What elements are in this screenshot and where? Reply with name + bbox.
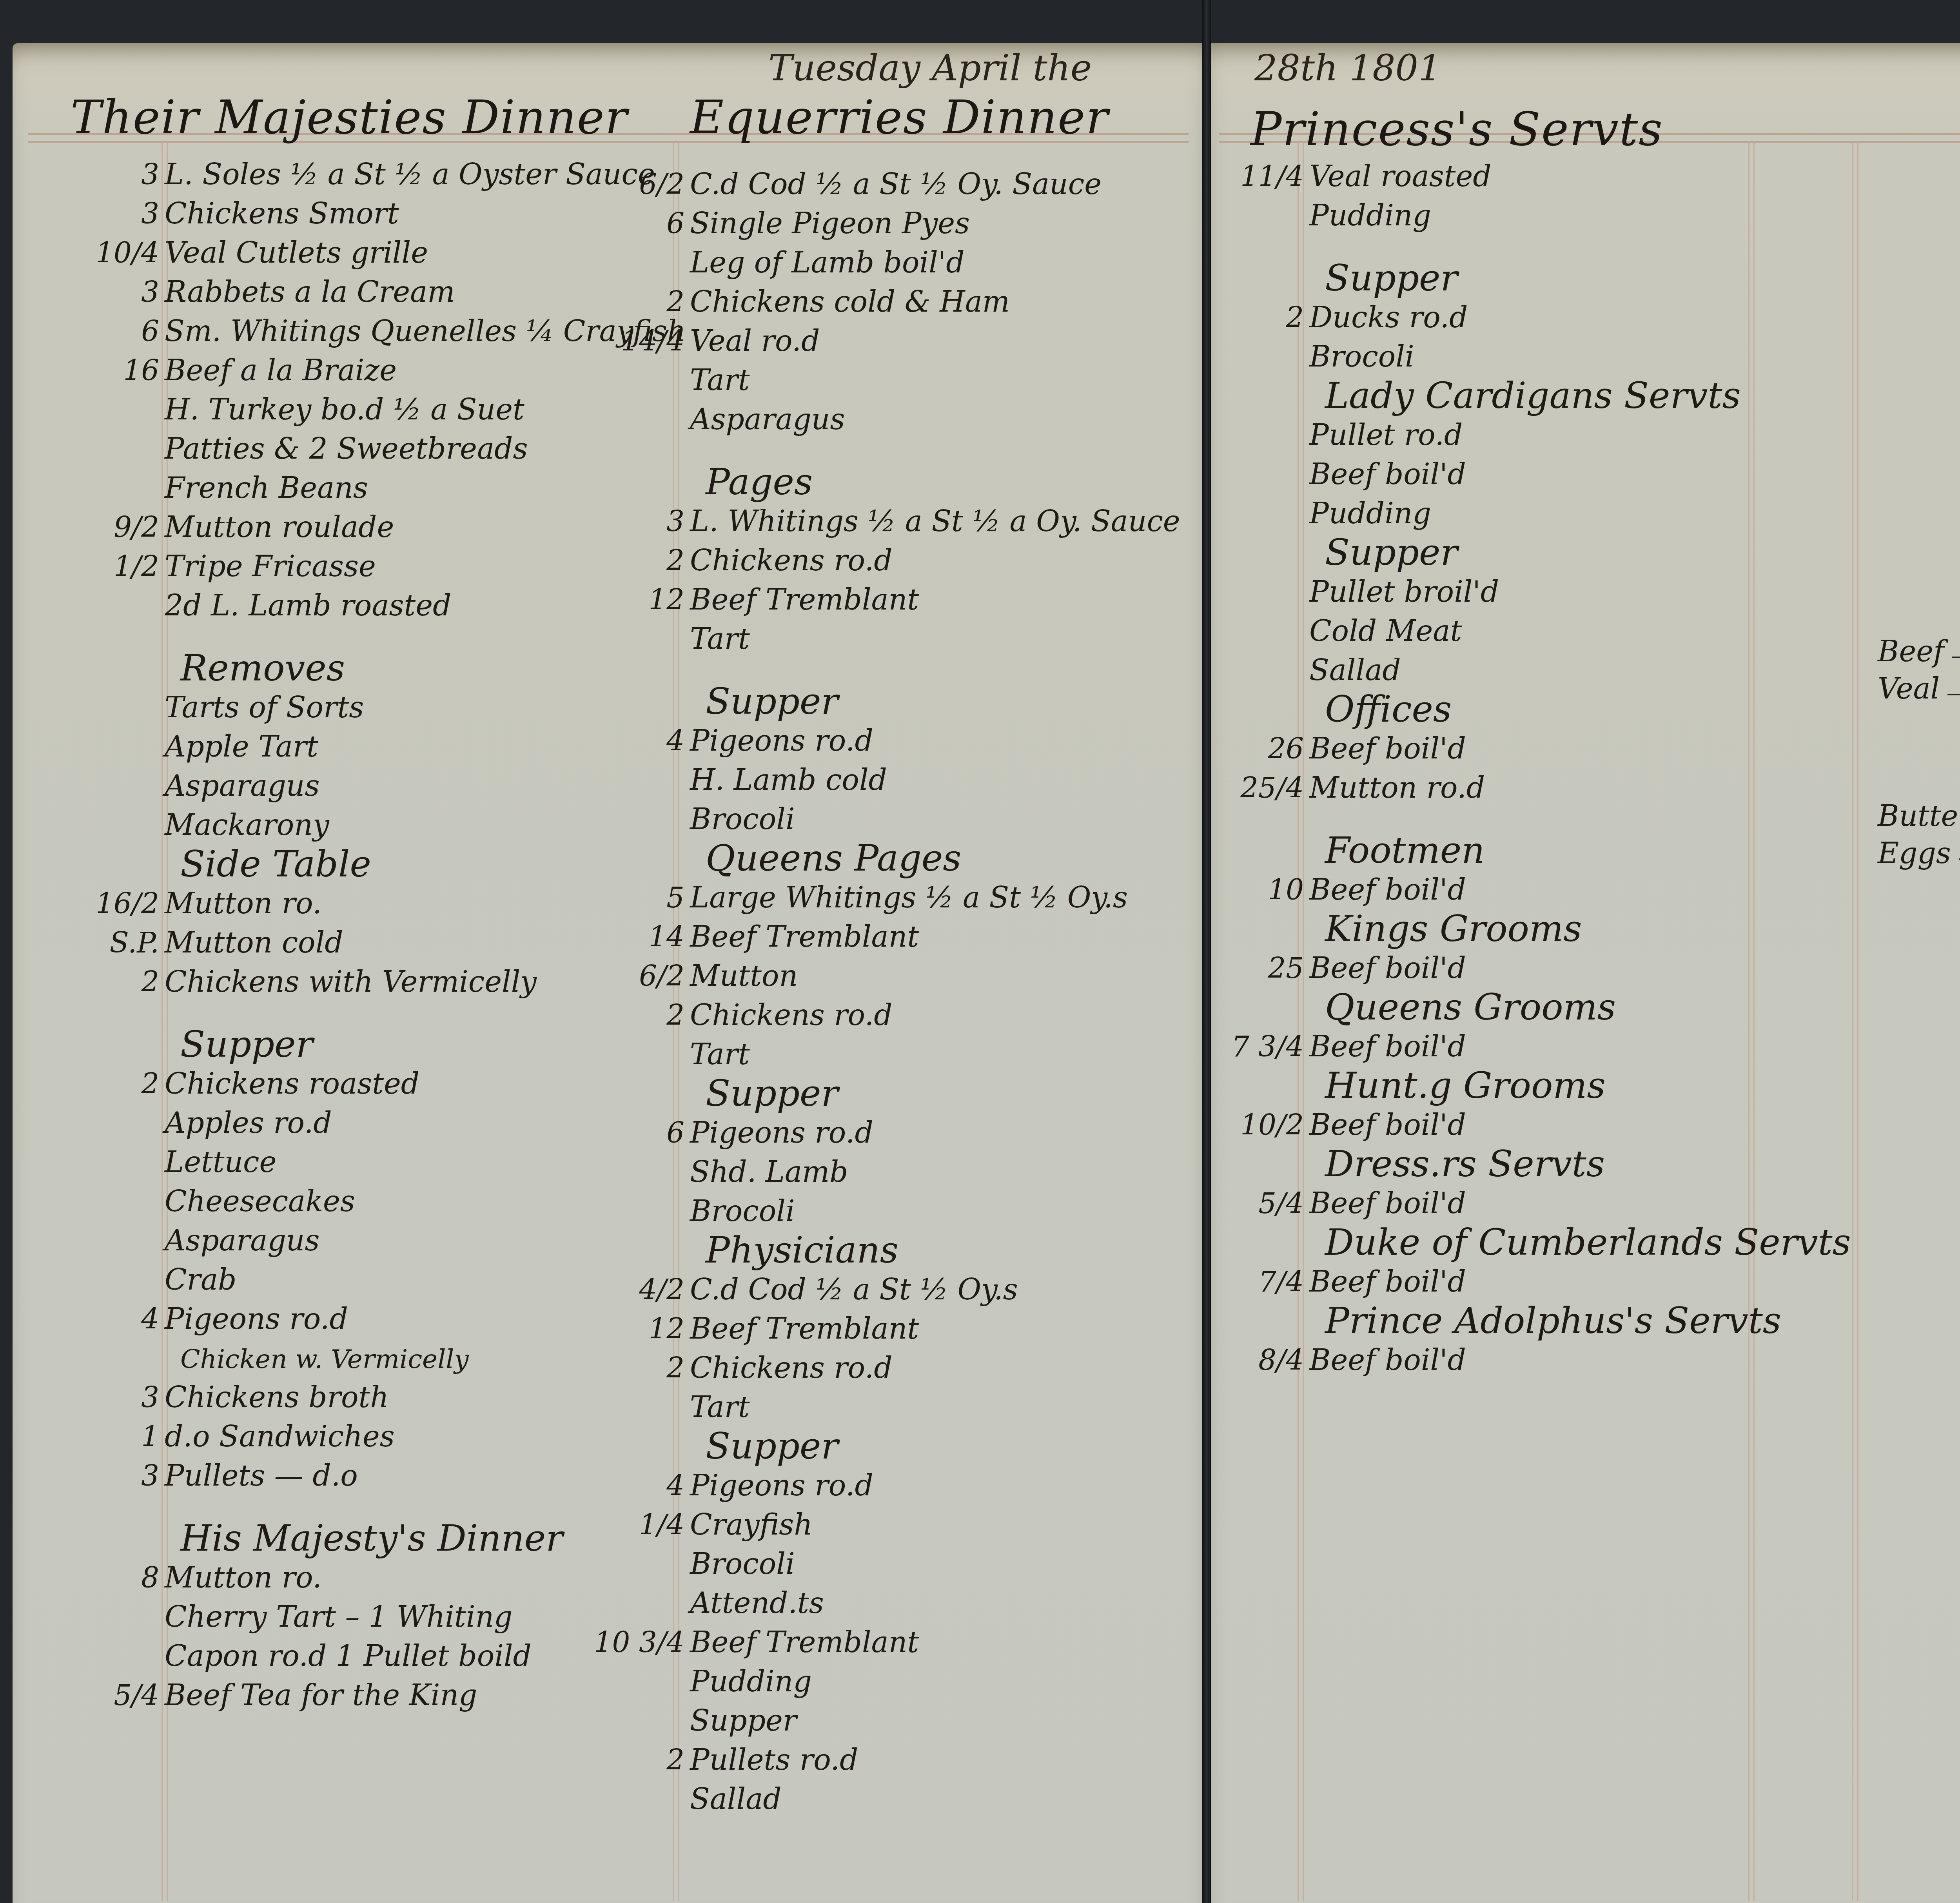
ledger-entry: 6/2Mutton	[690, 956, 1192, 996]
ledger-entry: 6Single Pigeon Pyes	[690, 204, 1192, 243]
entry-text: C.d Cod ½ a St ½ Oy. Sauce	[690, 165, 1102, 204]
ledger-entry: Lettuce	[165, 1143, 655, 1182]
ledger-entry: Sallad	[1309, 651, 1819, 690]
ledger-entry: 10/4Veal Cutlets grille	[165, 233, 655, 272]
leader-line	[1952, 657, 1960, 658]
entry-text: Chickens with Vermicelly	[165, 962, 537, 1001]
section-heading: Kings Grooms	[1309, 909, 1819, 949]
section-heading: Supper	[1309, 533, 1819, 572]
section-title: Supper	[1309, 533, 1458, 572]
entry-quantity: 1	[57, 1417, 159, 1456]
gravy-row: Veal 12	[1878, 668, 1960, 706]
ledger-entry: 1/2Tripe Fricasse	[165, 547, 655, 586]
ledger-entry: Pudding	[1309, 494, 1819, 533]
section-title: Duke of Cumberlands Servts	[1309, 1223, 1851, 1262]
entry-text: Tarts of Sorts	[165, 688, 364, 727]
ledger-entry: H. Turkey bo.d ½ a Suet	[165, 390, 655, 429]
entry-text: Beef boil'd	[1309, 1027, 1466, 1066]
section-title: Hunt.g Grooms	[1309, 1066, 1606, 1105]
entry-quantity: 3	[57, 155, 159, 194]
ledger-entry: Pullet ro.d	[1309, 415, 1819, 455]
section-heading: Prince Adolphus's Servts	[1309, 1301, 1819, 1341]
ledger-entry: Tart	[690, 361, 1192, 400]
entry-text: Asparagus	[165, 766, 319, 805]
ledger-entry: 1/4Crayfish	[690, 1505, 1192, 1544]
gravy-tally: Gravy Beef 6 Veal 12 Butter 20 Eggs 1	[1878, 572, 1960, 870]
section-heading: Supper	[690, 682, 1192, 721]
entry-quantity: 12	[583, 1309, 684, 1348]
ledger-entry: 2d L. Lamb roasted	[165, 586, 655, 625]
ledger-entry: 11/4Veal roasted	[1309, 157, 1819, 196]
ledger-entry: 4Pigeons ro.d	[690, 1466, 1192, 1505]
section-heading: Physicians	[690, 1231, 1192, 1270]
ledger-entry: Apple Tart	[165, 727, 655, 766]
entry-text: Single Pigeon Pyes	[690, 204, 970, 243]
ledger-entry: Brocoli	[690, 1544, 1192, 1584]
ledger-entry: 9/2Mutton roulade	[165, 508, 655, 547]
entry-text: Patties & 2 Sweetbreads	[165, 429, 528, 468]
entry-text: L. Whitings ½ a St ½ a Oy. Sauce	[690, 502, 1180, 541]
ledger-entry: 3Rabbets a la Cream	[165, 272, 655, 312]
ledger-entry: Asparagus	[690, 400, 1192, 439]
entry-text: Lettuce	[165, 1143, 276, 1182]
section-title: Pages	[690, 463, 813, 502]
ledger-entry: S.P.Mutton cold	[165, 923, 655, 962]
entry-text: Apple Tart	[165, 727, 318, 766]
entry-quantity: 5/4	[1202, 1184, 1304, 1223]
ledger-entry: Tart	[690, 1388, 1192, 1427]
entry-text: Chickens ro.d	[690, 1348, 893, 1388]
entry-quantity: 3	[583, 502, 684, 541]
entry-text: Cheesecakes	[165, 1182, 355, 1221]
entry-quantity: 12	[583, 580, 684, 619]
entry-text: Beef Tremblant	[690, 1623, 919, 1662]
section-title: Prince Adolphus's Servts	[1309, 1301, 1781, 1341]
ledger-entry: French Beans	[165, 468, 655, 508]
entry-quantity: 14/4	[583, 321, 684, 361]
section-title: Supper	[690, 1074, 838, 1113]
entry-quantity: 25/4	[1202, 768, 1304, 807]
ledger-entry: 3Pullets — d.o	[165, 1456, 655, 1495]
ledger-entry: 25Beef boil'd	[1309, 949, 1819, 988]
entry-quantity: 5	[583, 878, 684, 917]
leader-line	[1947, 694, 1960, 695]
ledger-entry: 5/4Beef Tea for the King	[165, 1676, 655, 1715]
ledger-entry: 8/4Beef boil'd	[1309, 1341, 1819, 1380]
entry-quantity: 10 3/4	[583, 1623, 684, 1662]
ledger-entry: Brocoli	[690, 1192, 1192, 1231]
entry-quantity: 4	[583, 1466, 684, 1505]
entry-quantity: 2	[57, 1064, 159, 1103]
section-title: Supper	[165, 1025, 313, 1064]
entry-text: Pigeons ro.d	[165, 1299, 348, 1339]
entry-text: Crab	[165, 1260, 236, 1299]
entry-text: Chickens broth	[165, 1378, 389, 1417]
ledger-entry: Brocoli	[1309, 337, 1819, 376]
entry-text: Mutton cold	[165, 923, 343, 962]
section-title: Kings Grooms	[1309, 909, 1582, 949]
ledger-entry: Asparagus	[165, 766, 655, 805]
entry-text: Tart	[690, 1388, 750, 1427]
ledger-entry: Mackarony	[165, 805, 655, 845]
entry-text: Beef boil'd	[1309, 729, 1466, 768]
entry-text: 2d L. Lamb roasted	[165, 586, 451, 625]
entry-quantity: 6/2	[583, 956, 684, 996]
date-left: Tuesday April the	[768, 47, 1092, 89]
column-rule	[1298, 141, 1304, 1901]
entry-quantity: S.P.	[57, 923, 159, 962]
ledger-entry: 8Mutton ro.	[165, 1558, 655, 1597]
entry-quantity: 6	[57, 312, 159, 351]
entry-text: Leg of Lamb boil'd	[690, 243, 965, 282]
entry-text: Chickens cold & Ham	[690, 282, 1010, 321]
ledger-column-princess-servants: 11/4Veal roastedPuddingSupper2Ducks ro.d…	[1309, 157, 1819, 1380]
ledger-entry: Supper	[690, 1701, 1192, 1740]
ledger-entry: Leg of Lamb boil'd	[690, 243, 1192, 282]
entry-text: Beef boil'd	[1309, 1262, 1466, 1301]
entry-text: Chickens roasted	[165, 1064, 419, 1103]
entry-quantity: 6/2	[583, 165, 684, 204]
entry-text: Beef a la Braize	[165, 351, 397, 390]
entry-text: Pigeons ro.d	[690, 1113, 873, 1152]
entry-text: Beef Tremblant	[690, 580, 919, 619]
entry-text: Chickens ro.d	[690, 996, 893, 1035]
entry-quantity: 16	[57, 351, 159, 390]
entry-text: Cherry Tart – 1 Whiting	[165, 1597, 512, 1636]
marginal-note: Chicken w. Vermicelly	[165, 1339, 655, 1378]
section-heading: Side Table	[165, 845, 655, 884]
entry-quantity: 2	[583, 541, 684, 580]
ledger-entry: Cold Meat	[1309, 611, 1819, 651]
ledger-entry: Attend.ts	[690, 1584, 1192, 1623]
entry-quantity: 1/4	[583, 1505, 684, 1544]
column-heading-princess-servants: Princess's Servts	[1250, 102, 1663, 156]
ledger-entry: 2Chickens roasted	[165, 1064, 655, 1103]
entry-text: Mutton	[690, 956, 798, 996]
ledger-entry: H. Lamb cold	[690, 760, 1192, 800]
ledger-entry: 2Chickens ro.d	[690, 541, 1192, 580]
ledger-entry: 3L. Soles ½ a St ½ a Oyster Sauce	[165, 155, 655, 194]
ledger-entry: 6/2C.d Cod ½ a St ½ Oy. Sauce	[690, 165, 1192, 204]
ledger-entry: 12Beef Tremblant	[690, 1309, 1192, 1348]
section-title: Supper	[690, 682, 838, 721]
ledger-entry: Patties & 2 Sweetbreads	[165, 429, 655, 468]
entry-text: Pudding	[1309, 494, 1431, 533]
ledger-entry: 6Sm. Whitings Quenelles ¼ Crayfish	[165, 312, 655, 351]
entry-text: Large Whitings ½ a St ½ Oy.s	[690, 878, 1128, 917]
entry-text: Pullet ro.d	[1309, 415, 1463, 455]
entry-text: Attend.ts	[690, 1584, 824, 1623]
gravy-title: Gravy	[1878, 572, 1960, 631]
entry-quantity: 8	[57, 1558, 159, 1597]
entry-quantity: 25	[1202, 949, 1304, 988]
entry-text: Beef boil'd	[1309, 1105, 1466, 1145]
entry-text: d.o Sandwiches	[165, 1417, 395, 1456]
entry-text: Brocoli	[1309, 337, 1414, 376]
date-right: 28th 1801	[1254, 47, 1441, 89]
entry-quantity: 3	[57, 1456, 159, 1495]
ledger-entry: 4Pigeons ro.d	[165, 1299, 655, 1339]
entry-text: Shd. Lamb	[690, 1152, 848, 1192]
entry-text: Pigeons ro.d	[690, 1466, 873, 1505]
section-title: His Majesty's Dinner	[165, 1519, 563, 1558]
ledger-entry: 3Chickens broth	[165, 1378, 655, 1417]
entry-text: Veal ro.d	[690, 321, 820, 361]
ledger-entry: Tarts of Sorts	[165, 688, 655, 727]
section-heading: Supper	[165, 1025, 655, 1064]
ledger-entry: Brocoli	[690, 800, 1192, 839]
ledger-entry: Tart	[690, 619, 1192, 659]
entry-quantity: 10	[1202, 870, 1304, 909]
ledger-entry: 4/2C.d Cod ½ a St ½ Oy.s	[690, 1270, 1192, 1309]
section-title: Dress.rs Servts	[1309, 1145, 1605, 1184]
entry-text: Mutton ro.d	[1309, 768, 1485, 807]
column-heading-equerries: Equerries Dinner	[690, 90, 1109, 144]
entry-quantity: 6	[583, 204, 684, 243]
entry-text: Tart	[690, 1035, 750, 1074]
ledger-entry: Pudding	[690, 1662, 1192, 1701]
entry-text: Mackarony	[165, 805, 329, 845]
entry-quantity: 2	[583, 282, 684, 321]
section-title: Footmen	[1309, 831, 1485, 870]
entry-quantity: 2	[583, 1348, 684, 1388]
ledger-entry: 3Chickens Smort	[165, 194, 655, 233]
entry-text: Pullets ro.d	[690, 1740, 858, 1780]
extras-row: Butter 20	[1878, 796, 1960, 833]
ledger-entry: 26Beef boil'd	[1309, 729, 1819, 768]
extras-label: Butter	[1878, 799, 1960, 833]
ledger-entry: 10 3/4Beef Tremblant	[690, 1623, 1192, 1662]
entry-text: H. Turkey bo.d ½ a Suet	[165, 390, 524, 429]
entry-quantity: 16/2	[57, 884, 159, 923]
section-title: Supper	[690, 1427, 838, 1466]
entry-text: Chickens Smort	[165, 194, 399, 233]
ledger-entry: Sallad	[690, 1780, 1192, 1819]
entry-text: Apples ro.d	[165, 1103, 332, 1143]
entry-text: Pigeons ro.d	[690, 721, 873, 760]
section-heading: Dress.rs Servts	[1309, 1145, 1819, 1184]
entry-quantity: 3	[57, 272, 159, 312]
entry-text: Chickens ro.d	[690, 541, 893, 580]
entry-text: Mutton ro.	[165, 1558, 322, 1597]
ledger-column-equerries: 6/2C.d Cod ½ a St ½ Oy. Sauce6Single Pig…	[690, 165, 1192, 1819]
ledger-entry: 2Chickens ro.d	[690, 996, 1192, 1035]
ledger-entry: 2Chickens cold & Ham	[690, 282, 1192, 321]
entry-text: Beef Tremblant	[690, 1309, 919, 1348]
entry-text: Beef boil'd	[1309, 455, 1466, 494]
entry-quantity: 14	[583, 917, 684, 956]
entry-text: Asparagus	[690, 400, 845, 439]
entry-quantity: 1/2	[57, 547, 159, 586]
ledger-entry: Beef boil'd	[1309, 455, 1819, 494]
gravy-label: Beef	[1878, 635, 1944, 668]
entry-quantity: 4/2	[583, 1270, 684, 1309]
ledger-entry: 7 3/4Beef boil'd	[1309, 1027, 1819, 1066]
ledger-entry: 7/4Beef boil'd	[1309, 1262, 1819, 1301]
ledger-entry: 2Ducks ro.d	[1309, 298, 1819, 337]
entry-quantity: 11/4	[1202, 157, 1304, 196]
ledger-entry: 2Chickens with Vermicelly	[165, 962, 655, 1001]
row-gap	[165, 1495, 655, 1519]
entry-text: H. Lamb cold	[690, 760, 887, 800]
entry-quantity: 3	[57, 194, 159, 233]
entry-text: Pullet broil'd	[1309, 572, 1499, 611]
section-heading: Pages	[690, 463, 1192, 502]
entry-quantity: 10/4	[57, 233, 159, 272]
ledger-entry: Capon ro.d 1 Pullet boild	[165, 1636, 655, 1676]
entry-text: Crayfish	[690, 1505, 813, 1544]
entry-text: Asparagus	[165, 1221, 319, 1260]
column-rule	[1852, 141, 1858, 1901]
ledger-entry: 2Chickens ro.d	[690, 1348, 1192, 1388]
section-title: Queens Pages	[690, 839, 961, 878]
gravy-row: Beef 6	[1878, 631, 1960, 668]
entry-text: Sallad	[690, 1780, 782, 1819]
section-heading: Offices	[1309, 690, 1819, 729]
entry-text: Tripe Fricasse	[165, 547, 376, 586]
entry-quantity: 26	[1202, 729, 1304, 768]
entry-text: Beef boil'd	[1309, 949, 1466, 988]
entry-text: Beef boil'd	[1309, 1341, 1466, 1380]
section-heading: His Majesty's Dinner	[165, 1519, 655, 1558]
section-title: Side Table	[165, 845, 371, 884]
ledger-entry: 25/4Mutton ro.d	[1309, 768, 1819, 807]
entry-text: Tart	[690, 619, 750, 659]
section-title: Queens Grooms	[1309, 988, 1616, 1027]
entry-text: Capon ro.d 1 Pullet boild	[165, 1636, 532, 1676]
entry-quantity: 7 3/4	[1202, 1027, 1304, 1066]
ledger-entry: 2Pullets ro.d	[690, 1740, 1192, 1780]
entry-text: Mutton roulade	[165, 508, 394, 547]
entry-text: Beef boil'd	[1309, 1184, 1466, 1223]
ledger-entry: 5/4Beef boil'd	[1309, 1184, 1819, 1223]
gravy-label: Veal	[1878, 672, 1940, 706]
row-gap	[165, 1001, 655, 1025]
row-gap	[1309, 235, 1819, 259]
row-gap	[690, 659, 1192, 682]
ledger-entry: Asparagus	[165, 1221, 655, 1260]
entry-text: Beef boil'd	[1309, 870, 1466, 909]
entry-quantity: 2	[1202, 298, 1304, 337]
entry-quantity: 9/2	[57, 508, 159, 547]
entry-text: Mutton ro.	[165, 884, 322, 923]
entry-text: Rabbets a la Cream	[165, 272, 455, 312]
entry-text: Sallad	[1309, 651, 1401, 690]
ledger-entry: 14/4Veal ro.d	[690, 321, 1192, 361]
section-heading: Footmen	[1309, 831, 1819, 870]
entry-quantity: 4	[583, 721, 684, 760]
section-heading: Lady Cardigans Servts	[1309, 376, 1819, 415]
entry-text: Pullets — d.o	[165, 1456, 358, 1495]
entry-quantity: 10/2	[1202, 1105, 1304, 1145]
ledger-entry: 16Beef a la Braize	[165, 351, 655, 390]
entry-text: Supper	[690, 1701, 797, 1740]
section-heading: Removes	[165, 649, 655, 688]
ledger-entry: 5Large Whitings ½ a St ½ Oy.s	[690, 878, 1192, 917]
entry-quantity: 7/4	[1202, 1262, 1304, 1301]
entry-quantity: 3	[57, 1378, 159, 1417]
entry-text: Brocoli	[690, 1544, 795, 1584]
entry-quantity: 4	[57, 1299, 159, 1339]
entry-quantity: 8/4	[1202, 1341, 1304, 1380]
ledger-entry: 1d.o Sandwiches	[165, 1417, 655, 1456]
ledger-entry: Pullet broil'd	[1309, 572, 1819, 611]
entry-text: Cold Meat	[1309, 611, 1462, 651]
ledger-entry: Crab	[165, 1260, 655, 1299]
entry-text: L. Soles ½ a St ½ a Oyster Sauce	[165, 155, 655, 194]
section-title: Lady Cardigans Servts	[1309, 376, 1741, 415]
ledger-entry: Pudding	[1309, 196, 1819, 235]
entry-quantity: 2	[57, 962, 159, 1001]
column-heading-their-majesties: Their Majesties Dinner	[71, 90, 628, 144]
section-title: Offices	[1309, 690, 1452, 729]
ledger-entry: Cheesecakes	[165, 1182, 655, 1221]
entry-quantity: 2	[583, 1740, 684, 1780]
entry-text: Tart	[690, 361, 750, 400]
section-heading: Hunt.g Grooms	[1309, 1066, 1819, 1105]
section-heading: Supper	[690, 1427, 1192, 1466]
ledger-entry: 6Pigeons ro.d	[690, 1113, 1192, 1152]
entry-quantity: 6	[583, 1113, 684, 1152]
entry-text: Chicken w. Vermicelly	[165, 1340, 469, 1379]
section-heading: Supper	[1309, 259, 1819, 298]
ledger-entry: Shd. Lamb	[690, 1152, 1192, 1192]
entry-text: Veal Cutlets grille	[165, 233, 428, 272]
entry-text: Pudding	[690, 1662, 812, 1701]
row-gap	[1309, 807, 1819, 831]
row-gap	[690, 439, 1192, 463]
entry-text: Pudding	[1309, 196, 1431, 235]
entry-text: C.d Cod ½ a St ½ Oy.s	[690, 1270, 1018, 1309]
ledger-entry: 10Beef boil'd	[1309, 870, 1819, 909]
section-heading: Duke of Cumberlands Servts	[1309, 1223, 1819, 1262]
ledger-entry: 16/2Mutton ro.	[165, 884, 655, 923]
section-heading: Queens Pages	[690, 839, 1192, 878]
ledger-column-their-majesties: 3L. Soles ½ a St ½ a Oyster Sauce3Chicke…	[165, 155, 655, 1715]
entry-text: Beef Tremblant	[690, 917, 919, 956]
entry-quantity: 5/4	[57, 1676, 159, 1715]
ledger-entry: 3L. Whitings ½ a St ½ a Oy. Sauce	[690, 502, 1192, 541]
entry-text: Veal roasted	[1309, 157, 1492, 196]
section-title: Physicians	[690, 1231, 898, 1270]
entry-text: French Beans	[165, 468, 368, 508]
row-gap	[165, 625, 655, 649]
entry-quantity: 2	[583, 996, 684, 1035]
extras-row: Eggs 1	[1878, 833, 1960, 870]
ledger-entry: Cherry Tart – 1 Whiting	[165, 1597, 655, 1636]
entry-text: Brocoli	[690, 1192, 795, 1231]
entry-text: Beef Tea for the King	[165, 1676, 477, 1715]
entry-text: Brocoli	[690, 800, 795, 839]
ledger-entry: 14Beef Tremblant	[690, 917, 1192, 956]
entry-text: Ducks ro.d	[1309, 298, 1468, 337]
extras-label: Eggs	[1878, 836, 1951, 870]
ledger-entry: Tart	[690, 1035, 1192, 1074]
ledger-entry: Apples ro.d	[165, 1103, 655, 1143]
section-heading: Supper	[690, 1074, 1192, 1113]
ledger-entry: 4Pigeons ro.d	[690, 721, 1192, 760]
ledger-entry: 10/2Beef boil'd	[1309, 1105, 1819, 1145]
section-title: Removes	[165, 649, 345, 688]
ledger-entry: 12Beef Tremblant	[690, 580, 1192, 619]
section-title: Supper	[1309, 259, 1458, 298]
section-heading: Queens Grooms	[1309, 988, 1819, 1027]
